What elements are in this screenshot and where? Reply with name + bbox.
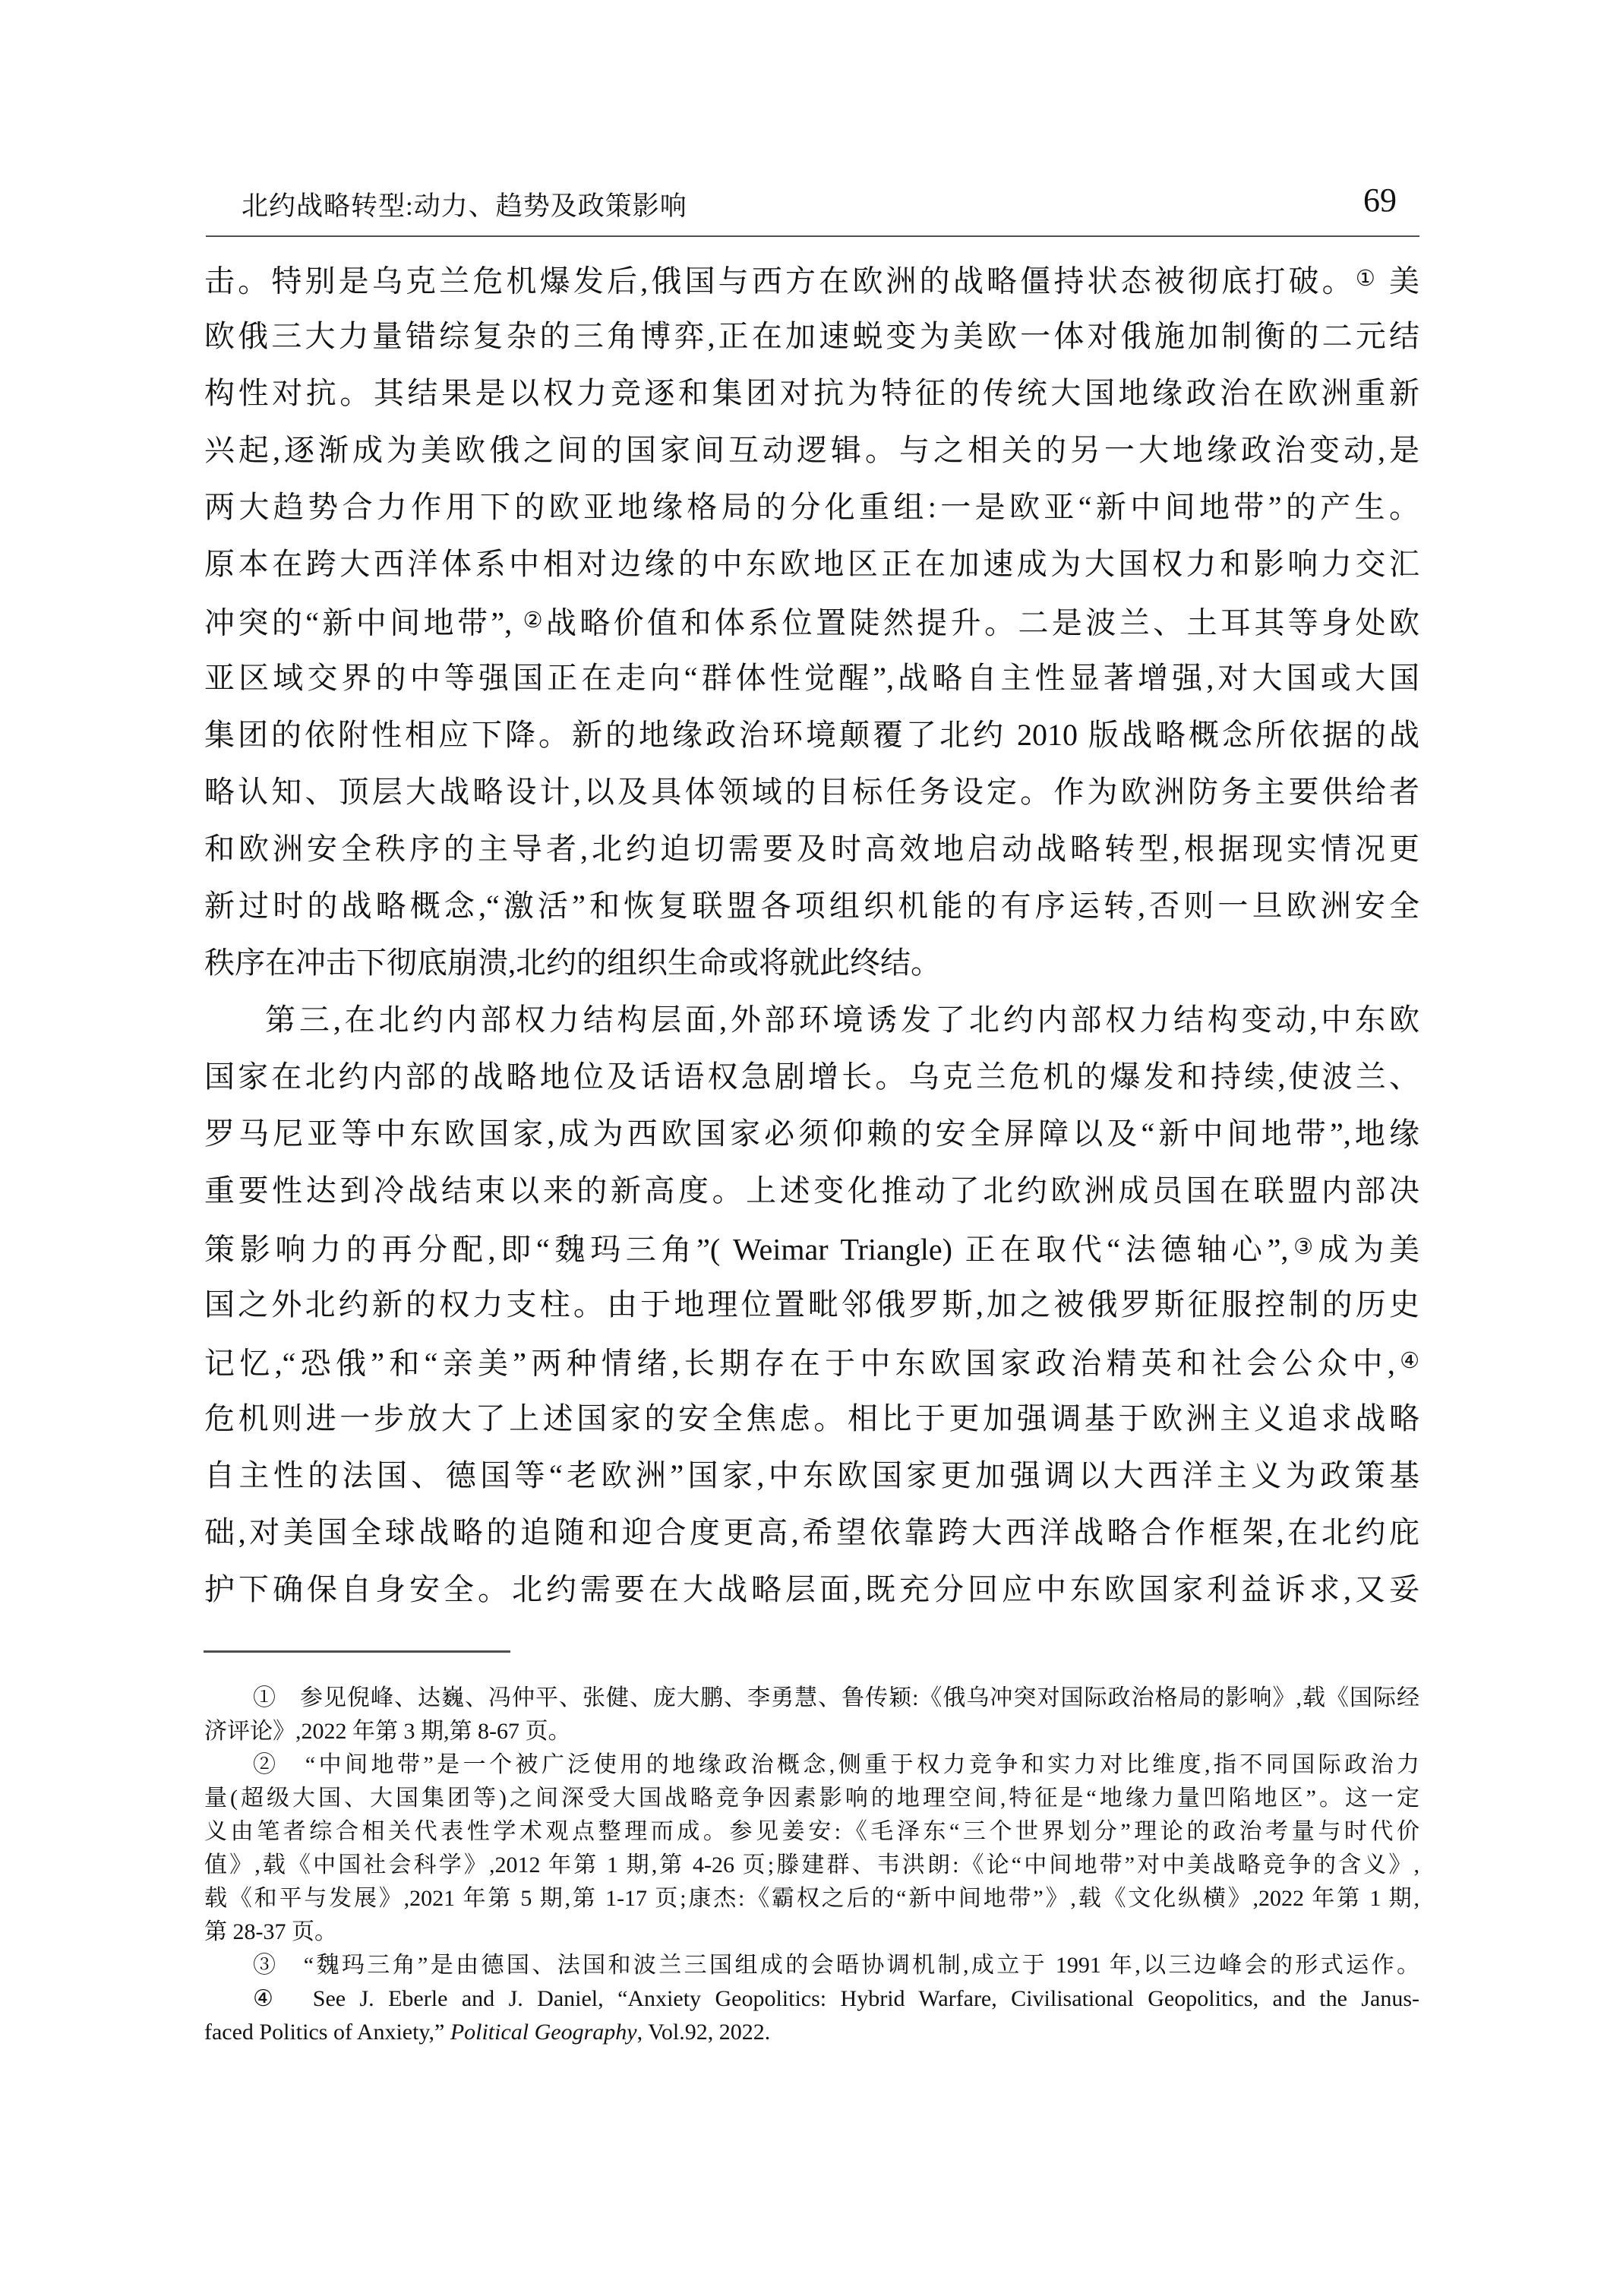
italic-text: Political Geography [450, 2020, 637, 2045]
header-rule [206, 235, 1419, 237]
footnote-ref-marker: ① [1356, 267, 1378, 291]
text-line: faced Politics of Anxiety,” Political Ge… [204, 2016, 1419, 2049]
text-line: 亚区域交界的中等强国正在走向“群体性觉醒”,战略自主性显著增强,对大国或大国 [204, 649, 1419, 706]
text-line: 危机则进一步放大了上述国家的安全焦虑。相比于更加强调基于欧洲主义追求战略 [204, 1390, 1419, 1447]
text-line: 护下确保自身安全。北约需要在大战略层面,既充分回应中东欧国家利益诉求,又妥 [204, 1561, 1419, 1618]
footnote-item: ① 参见倪峰、达巍、冯仲平、张健、庞大鹏、李勇慧、鲁传颖:《俄乌冲突对国际政治格… [204, 1682, 1419, 1748]
text-line: 罗马尼亚等中东欧国家,成为西欧国家必须仰赖的安全屏障以及“新中间地带”,地缘 [204, 1105, 1419, 1162]
text-line: 新过时的战略概念,“激活”和恢复联盟各项组织机能的有序运转,否则一旦欧洲安全 [204, 877, 1419, 934]
text-line: 两大趋势合力作用下的欧亚地缘格局的分化重组:一是欧亚“新中间地带”的产生。 [204, 478, 1419, 535]
footnote-divider [204, 1650, 510, 1653]
text-line: 原本在跨大西洋体系中相对边缘的中东欧地区正在加速成为大国权力和影响力交汇 [204, 535, 1419, 592]
text-line: 国家在北约内部的战略地位及话语权急剧增长。乌克兰危机的爆发和持续,使波兰、 [204, 1048, 1419, 1105]
text-line: 击。特别是乌克兰危机爆发后,俄国与西方在欧洲的战略僵持状态被彻底打破。① 美 [204, 251, 1419, 308]
text-line: 值》,载《中国社会科学》,2012 年第 1 期,第 4-26 页;滕建群、韦洪… [204, 1849, 1419, 1882]
text-line: 国之外北约新的权力支柱。由于地理位置毗邻俄罗斯,加之被俄罗斯征服控制的历史 [204, 1276, 1419, 1333]
text-line: 第三,在北约内部权力结构层面,外部环境诱发了北约内部权力结构变动,中东欧 [204, 991, 1419, 1048]
text-line: 载《和平与发展》,2021 年第 5 期,第 1-17 页;康杰:《霸权之后的“… [204, 1882, 1419, 1915]
text-line: 义由笔者综合相关代表性学术观点整理而成。参见姜安:《毛泽东“三个世界划分”理论的… [204, 1815, 1419, 1849]
journal-page: 北约战略转型:动力、趋势及政策影响 69 击。特别是乌克兰危机爆发后,俄国与西方… [0, 0, 1623, 2296]
text-line: ① 参见倪峰、达巍、冯仲平、张健、庞大鹏、李勇慧、鲁传颖:《俄乌冲突对国际政治格… [204, 1682, 1419, 1715]
text-line: 自主性的法国、德国等“老欧洲”国家,中东欧国家更加强调以大西洋主义为政策基 [204, 1447, 1419, 1504]
text-line: 秩序在冲击下彻底崩溃,北约的组织生命或将就此终结。 [204, 934, 1419, 991]
text-line: ④ See J. Eberle and J. Daniel, “Anxiety … [204, 1982, 1419, 2016]
footnote-ref-marker: ② [523, 608, 546, 633]
footnote-item: ③ “魏玛三角”是由德国、法国和波兰三国组成的会晤协调机制,成立于 1991 年… [204, 1949, 1419, 1982]
text-line: 重要性达到冷战结束以来的新高度。上述变化推动了北约欧洲成员国在联盟内部决 [204, 1162, 1419, 1219]
text-line: 冲突的“新中间地带”, ②战略价值和体系位置陡然提升。二是波兰、土耳其等身处欧 [204, 592, 1419, 649]
text-line: 记忆,“恐俄”和“亲美”两种情绪,长期存在于中东欧国家政治精英和社会公众中,④ [204, 1333, 1419, 1390]
text-line: 欧俄三大力量错综复杂的三角博弈,正在加速蜕变为美欧一体对俄施加制衡的二元结 [204, 308, 1419, 365]
text-line: 略认知、顶层大战略设计,以及具体领域的目标任务设定。作为欧洲防务主要供给者 [204, 763, 1419, 820]
text-line: 量(超级大国、大国集团等)之间深受大国战略竞争因素影响的地理空间,特征是“地缘力… [204, 1782, 1419, 1815]
body-paragraph: 第三,在北约内部权力结构层面,外部环境诱发了北约内部权力结构变动,中东欧国家在北… [204, 991, 1419, 1618]
text-line: 策影响力的再分配,即“魏玛三角”( Weimar Triangle) 正在取代“… [204, 1219, 1419, 1276]
text-line: 集团的依附性相应下降。新的地缘政治环境颠覆了北约 2010 版战略概念所依据的战 [204, 706, 1419, 763]
footnote-item: ② “中间地带”是一个被广泛使用的地缘政治概念,侧重于权力竞争和实力对比维度,指… [204, 1748, 1419, 1949]
text-line: ③ “魏玛三角”是由德国、法国和波兰三国组成的会晤协调机制,成立于 1991 年… [204, 1949, 1419, 1982]
body-paragraph: 击。特别是乌克兰危机爆发后,俄国与西方在欧洲的战略僵持状态被彻底打破。① 美欧俄… [204, 251, 1419, 991]
text-line: 济评论》,2022 年第 3 期,第 8-67 页。 [204, 1715, 1419, 1748]
text-line: 构性对抗。其结果是以权力竞逐和集团对抗为特征的传统大国地缘政治在欧洲重新 [204, 365, 1419, 422]
text-line: 第 28-37 页。 [204, 1915, 1419, 1949]
text-line: 础,对美国全球战略的追随和迎合度更高,希望依靠跨大西洋战略合作框架,在北约庇 [204, 1504, 1419, 1561]
footnote-ref-marker: ③ [1288, 1235, 1318, 1259]
footnote-item: ④ See J. Eberle and J. Daniel, “Anxiety … [204, 1982, 1419, 2049]
text-line: ② “中间地带”是一个被广泛使用的地缘政治概念,侧重于权力竞争和实力对比维度,指… [204, 1748, 1419, 1782]
text-line: 兴起,逐渐成为美欧俄之间的国家间互动逻辑。与之相关的另一大地缘政治变动,是 [204, 422, 1419, 478]
page-number: 69 [1363, 181, 1409, 219]
text-line: 和欧洲安全秩序的主导者,北约迫切需要及时高效地启动战略转型,根据现实情况更 [204, 820, 1419, 877]
running-header-title: 北约战略转型:动力、趋势及政策影响 [242, 185, 687, 223]
footnote-ref-marker: ④ [1395, 1349, 1419, 1373]
article-body: 击。特别是乌克兰危机爆发后,俄国与西方在欧洲的战略僵持状态被彻底打破。① 美欧俄… [204, 251, 1419, 1618]
footnotes-section: ① 参见倪峰、达巍、冯仲平、张健、庞大鹏、李勇慧、鲁传颖:《俄乌冲突对国际政治格… [204, 1682, 1419, 2049]
